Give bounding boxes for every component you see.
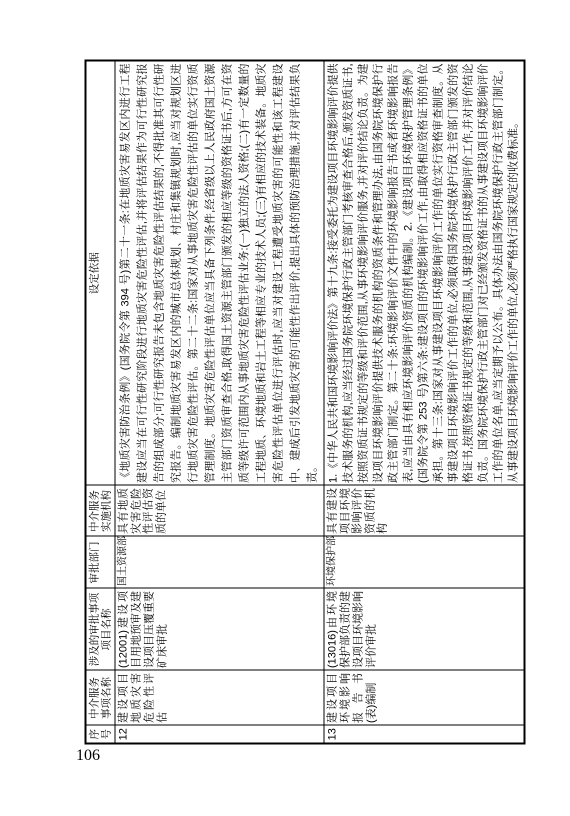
cell-implementing-org-12: 具有地质灾害危险性评估资质的单位 bbox=[115, 486, 324, 537]
table-row-12: 12 建设项目地质灾害危险性评估 (12001)建设项目用地预审及建设项目压覆重… bbox=[115, 61, 324, 744]
approval-services-table: 序号 中介服务事项名称 涉及的审批事项项目名称 审批部门 中介服务实施机构 设定… bbox=[85, 60, 526, 745]
cell-legal-basis-12: 《地质灾害防治条例》(国务院令第 394 号)第二十一条:在地质灾害易发区内进行… bbox=[115, 61, 324, 486]
table-header-row: 序号 中介服务事项名称 涉及的审批事项项目名称 审批部门 中介服务实施机构 设定… bbox=[86, 61, 116, 744]
rotated-table-container: 序号 中介服务事项名称 涉及的审批事项项目名称 审批部门 中介服务实施机构 设定… bbox=[85, 62, 497, 745]
col-header-serial: 序号 bbox=[86, 726, 116, 744]
cell-approval-dept-13: 环境保护部 bbox=[324, 537, 525, 589]
cell-approval-item-12: (12001)建设项目用地预审及建设项目压覆重要矿床审批 bbox=[115, 589, 324, 671]
cell-serial-13: 13 bbox=[324, 726, 525, 744]
cell-serial-12: 12 bbox=[115, 726, 324, 744]
col-header-implementing-org: 中介服务实施机构 bbox=[86, 486, 116, 537]
cell-service-name-12: 建设项目地质灾害危险性评估 bbox=[115, 671, 324, 726]
col-header-approval-dept: 审批部门 bbox=[86, 537, 116, 589]
cell-legal-basis-13: 1.《中华人民共和国环境影响评价法》第十九条:接受委托为建设项目环境影响评价提供… bbox=[324, 61, 525, 486]
cell-implementing-org-13: 具有建设项目环境影响评价资质的机构 bbox=[324, 486, 525, 537]
col-header-approval-item: 涉及的审批事项项目名称 bbox=[86, 589, 116, 671]
col-header-service-name: 中介服务事项名称 bbox=[86, 671, 116, 726]
cell-approval-item-13: (13016)由环境保护部负责的建设项目环境影响评价审批 bbox=[324, 589, 525, 671]
table-row-13: 13 建设项目环境影响报告书(表)编制 (13016)由环境保护部负责的建设项目… bbox=[324, 61, 525, 744]
col-header-legal-basis: 设定依据 bbox=[86, 61, 116, 486]
document-page: 序号 中介服务事项名称 涉及的审批事项项目名称 审批部门 中介服务实施机构 设定… bbox=[0, 0, 570, 816]
cell-service-name-13: 建设项目环境影响报告书(表)编制 bbox=[324, 671, 525, 726]
page-number: 106 bbox=[76, 746, 100, 766]
cell-approval-dept-12: 国土资源部 bbox=[115, 537, 324, 589]
